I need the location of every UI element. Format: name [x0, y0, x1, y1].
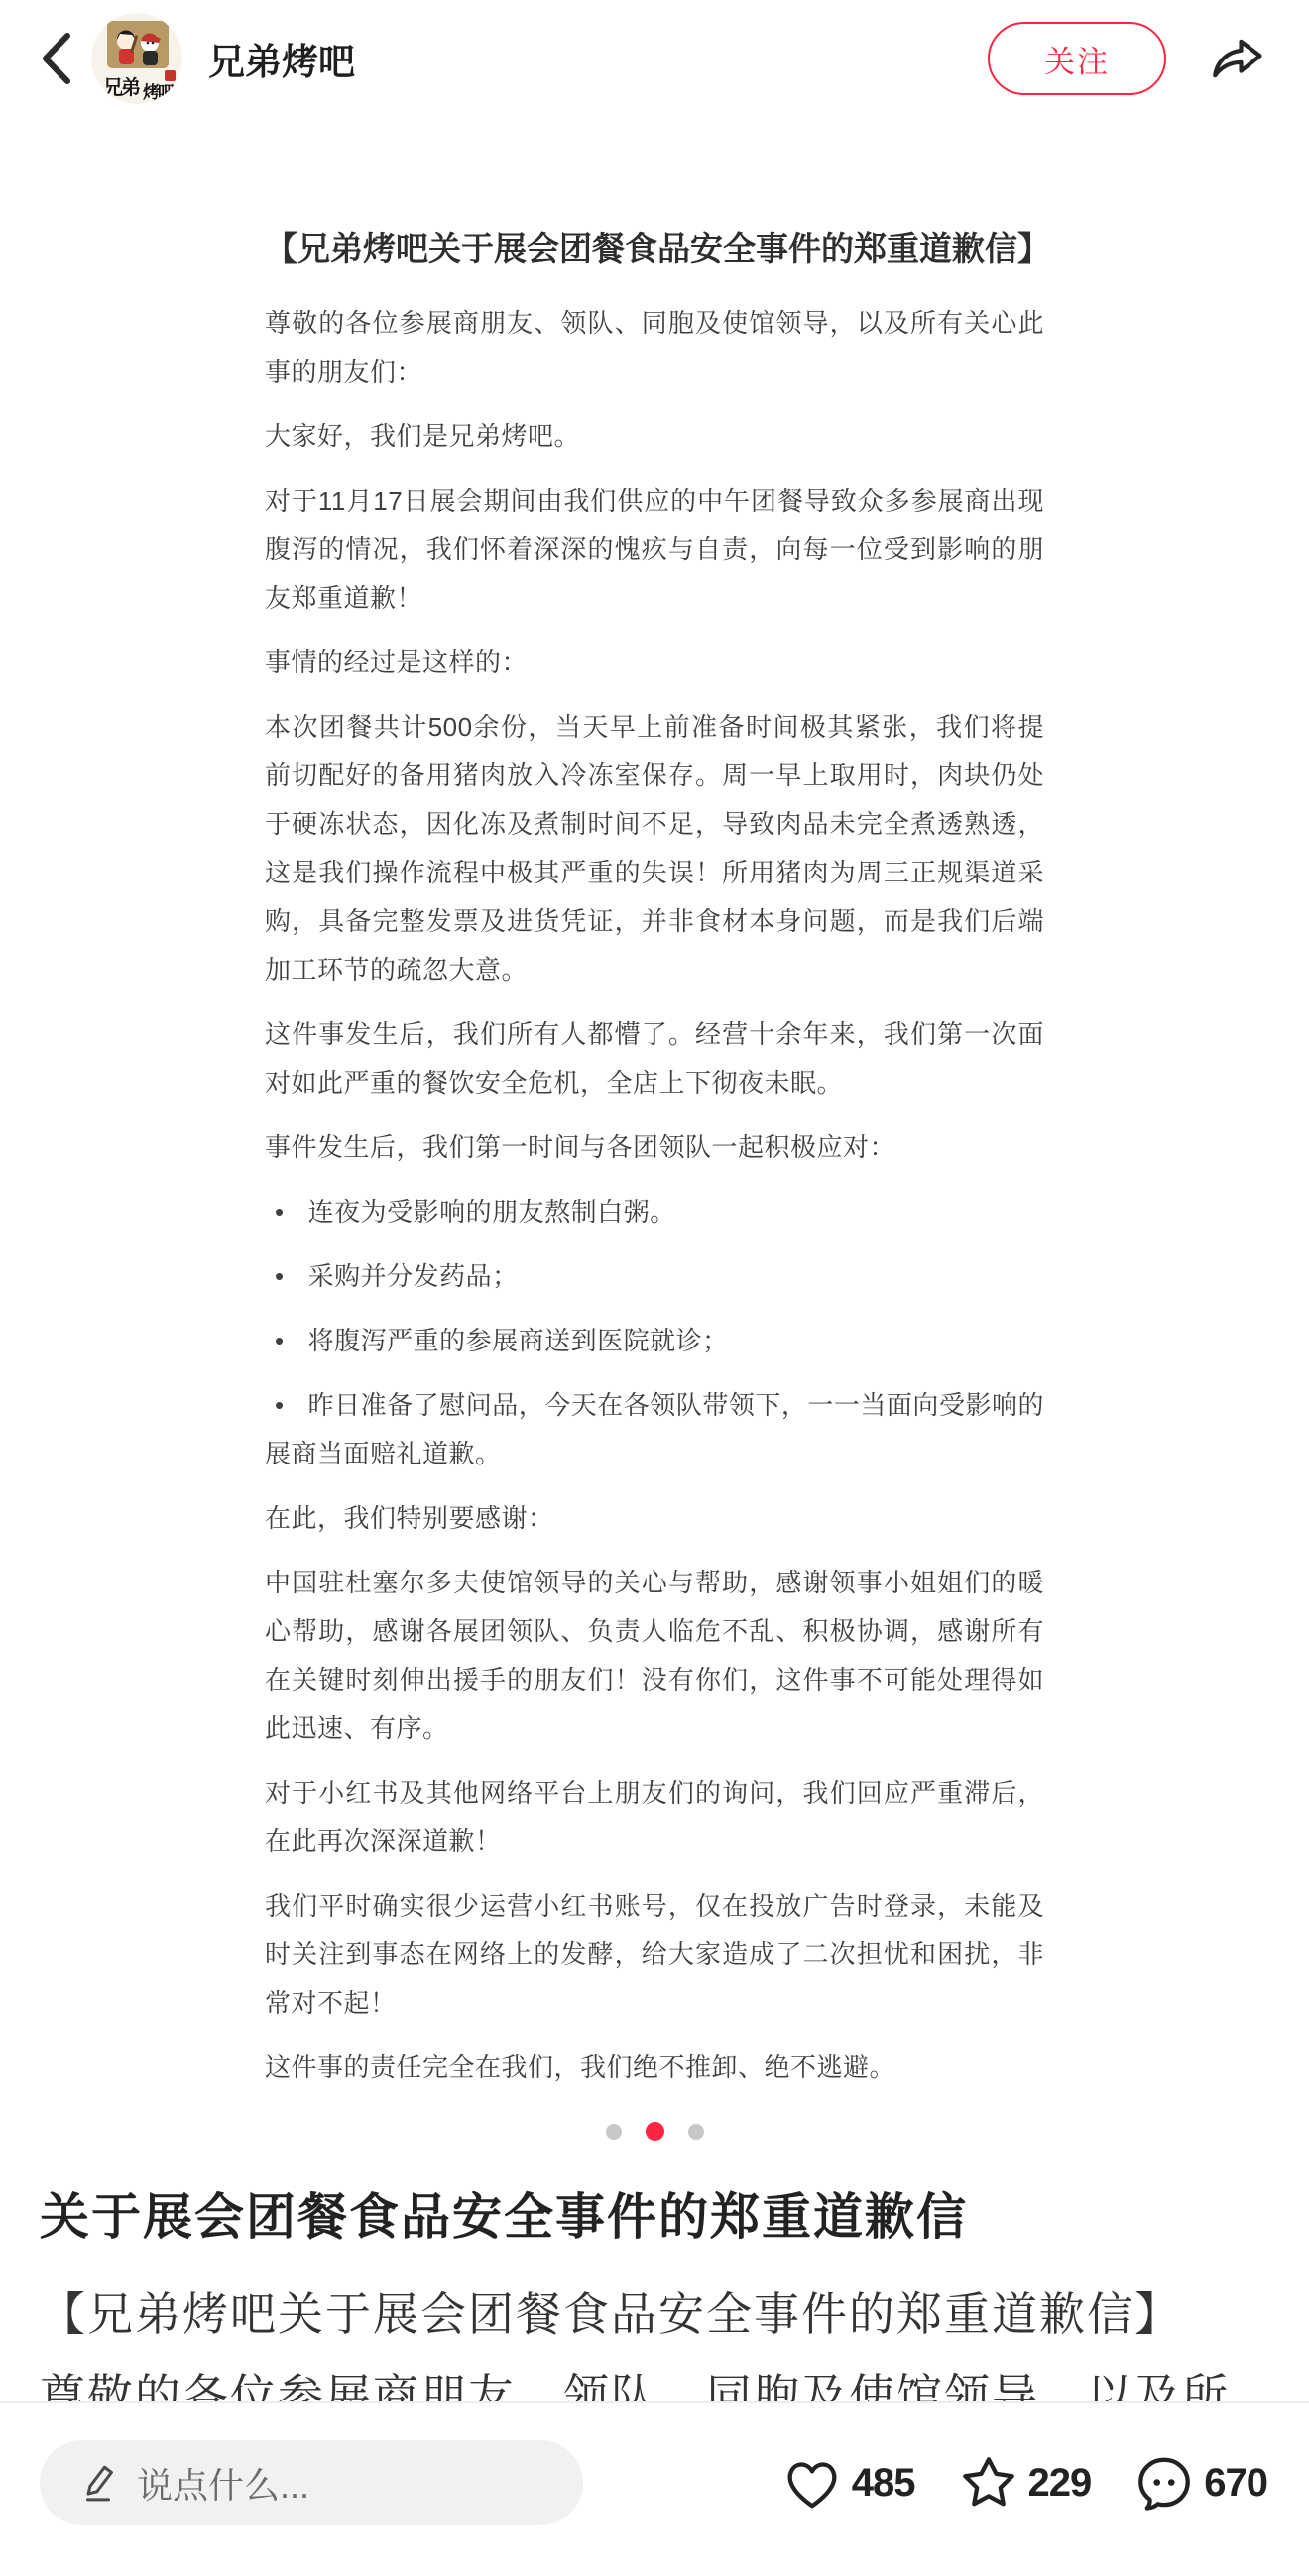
- like-count: 485: [852, 2461, 915, 2506]
- letter-paragraph: 这件事的责任完全在我们，我们绝不推卸、绝不逃避。: [265, 2044, 1044, 2092]
- comment-button[interactable]: 670: [1134, 2453, 1267, 2513]
- letter-paragraph: 尊敬的各位参展商朋友、领队、同胞及使馆领导，以及所有关心此事的朋友们：: [265, 299, 1044, 397]
- pagination-dot: [606, 2124, 622, 2140]
- bullet-dot: •: [275, 1188, 285, 1236]
- apology-letter-image: 【兄弟烤吧关于展会团餐食品安全事件的郑重道歉信】 尊敬的各位参展商朋友、领队、同…: [265, 117, 1044, 2092]
- letter-paragraph: 我们平时确实很少运营小红书账号，仅在投放广告时登录，未能及时关注到事态在网络上的…: [265, 1882, 1044, 2028]
- letter-bullet-item: •将腹泻严重的参展商送到医院就诊；: [265, 1317, 1044, 1365]
- letter-paragraph: 事件发生后，我们第一时间与各团领队一起积极应对：: [265, 1123, 1044, 1172]
- comment-count: 670: [1204, 2461, 1267, 2506]
- heart-icon: [782, 2453, 842, 2513]
- star-icon: [959, 2453, 1018, 2513]
- collect-button[interactable]: 229: [959, 2453, 1092, 2513]
- letter-body: 尊敬的各位参展商朋友、领队、同胞及使馆领导，以及所有关心此事的朋友们：大家好，我…: [265, 299, 1044, 2092]
- chevron-left-icon: [36, 29, 79, 88]
- letter-paragraph: 对于11月17日展会期间由我们供应的中午团餐导致众多参展商出现腹泻的情况，我们怀…: [265, 477, 1044, 623]
- pagination-dot: [688, 2124, 704, 2140]
- bullet-dot: •: [275, 1252, 285, 1301]
- engagement-actions: 485 229 670: [782, 2453, 1267, 2513]
- letter-bullet-item: •连夜为受影响的朋友熬制白粥。: [265, 1188, 1044, 1236]
- avatar-illustration-icon: 兄弟 烤吧: [91, 13, 182, 104]
- svg-text:兄弟: 兄弟: [103, 75, 141, 99]
- note-description-line: 【兄弟烤吧关于展会团餐食品安全事件的郑重道歉信】: [40, 2274, 1240, 2355]
- bullet-dot: •: [275, 1317, 285, 1365]
- letter-paragraph: 对于小红书及其他网络平台上朋友们的询问，我们回应严重滞后，在此再次深深道歉！: [265, 1769, 1044, 1866]
- note-title: 关于展会团餐食品安全事件的郑重道歉信: [40, 2186, 1269, 2248]
- comment-bubble-icon: [1134, 2453, 1194, 2513]
- bullet-dot: •: [275, 1381, 285, 1430]
- comment-input[interactable]: 说点什么...: [40, 2440, 583, 2525]
- letter-paragraph: 大家好，我们是兄弟烤吧。: [265, 412, 1044, 461]
- follow-button[interactable]: 关注: [988, 22, 1166, 95]
- post-image-carousel[interactable]: 【兄弟烤吧关于展会团餐食品安全事件的郑重道歉信】 尊敬的各位参展商朋友、领队、同…: [0, 117, 1309, 2141]
- letter-paragraph: 在此，我们特别要感谢：: [265, 1494, 1044, 1543]
- top-bar: 兄弟 烤吧 兄弟烤吧 关注: [0, 0, 1309, 117]
- user-name[interactable]: 兄弟烤吧: [208, 32, 355, 85]
- carousel-pagination-dots: [0, 2122, 1309, 2141]
- letter-paragraph: 中国驻杜塞尔多夫使馆领导的关心与帮助，感谢领事小姐姐们的暖心帮助，感谢各展团领队…: [265, 1559, 1044, 1753]
- comment-placeholder: 说点什么...: [137, 2458, 309, 2509]
- svg-text:烤吧: 烤吧: [142, 82, 175, 102]
- letter-paragraph: 事情的经过是这样的：: [265, 639, 1044, 687]
- letter-bullet-item: •昨日准备了慰问品，今天在各领队带领下，一一当面向受影响的展商当面赔礼道歉。: [265, 1381, 1044, 1478]
- letter-title: 【兄弟烤吧关于展会团餐食品安全事件的郑重道歉信】: [265, 224, 1044, 274]
- share-button[interactable]: [1208, 30, 1265, 87]
- letter-paragraph: 本次团餐共计500余份，当天早上前准备时间极其紧张，我们将提前切配好的备用猪肉放…: [265, 703, 1044, 995]
- letter-paragraph: 这件事发生后，我们所有人都懵了。经营十余年来，我们第一次面对如此严重的餐饮安全危…: [265, 1010, 1044, 1108]
- collect-count: 229: [1028, 2461, 1092, 2506]
- avatar[interactable]: 兄弟 烤吧: [91, 13, 182, 104]
- pagination-dot-active: [646, 2122, 664, 2141]
- back-button[interactable]: [36, 29, 83, 88]
- share-arrow-icon: [1208, 30, 1265, 87]
- pencil-icon: [77, 2462, 119, 2504]
- letter-bullet-item: •采购并分发药品；: [265, 1252, 1044, 1301]
- like-button[interactable]: 485: [782, 2453, 915, 2513]
- bottom-action-bar: 说点什么... 485 229 670: [0, 2401, 1309, 2576]
- xiaohongshu-post-screen: { "header": { "user_name": "兄弟烤吧", "foll…: [0, 0, 1309, 2576]
